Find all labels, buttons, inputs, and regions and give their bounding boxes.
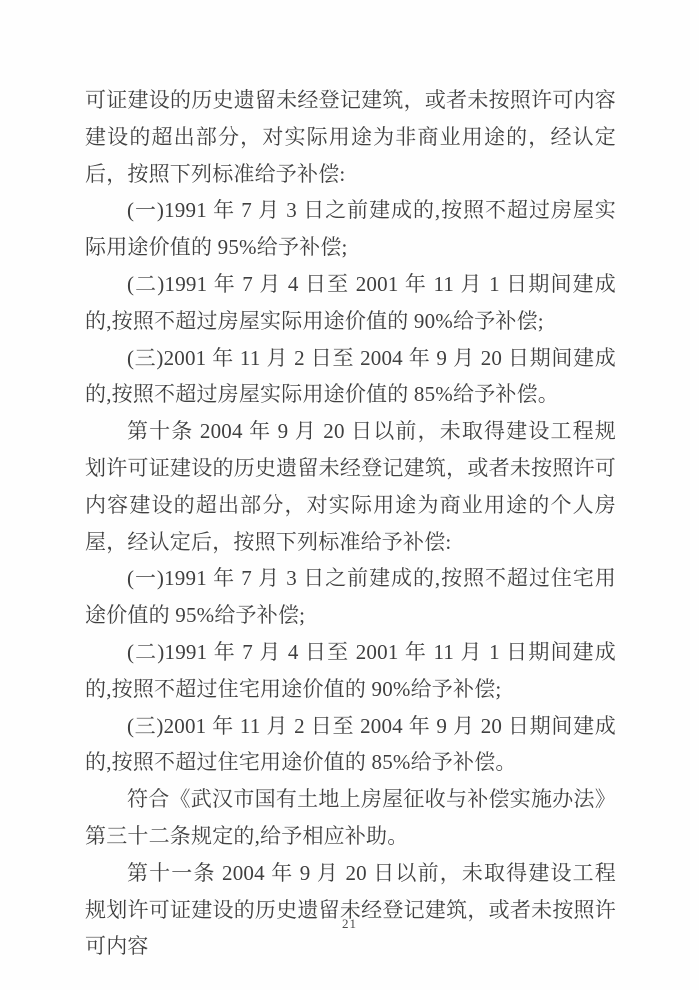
item-three-non-commercial: (三)2001 年 11 月 2 日至 2004 年 9 月 20 日期间建成的… [85, 340, 616, 414]
item-two-commercial: (二)1991 年 7 月 4 日至 2001 年 11 月 1 日期间建成的,… [85, 634, 616, 708]
subsidy-paragraph: 符合《武汉市国有土地上房屋征收与补偿实施办法》第三十二条规定的,给予相应补助。 [85, 781, 616, 855]
document-body: 可证建设的历史遗留未经登记建筑，或者未按照许可内容建设的超出部分，对实际用途为非… [85, 82, 616, 965]
paragraph-continuation-non-commercial: 可证建设的历史遗留未经登记建筑，或者未按照许可内容建设的超出部分，对实际用途为非… [85, 82, 616, 192]
document-page: 可证建设的历史遗留未经登记建筑，或者未按照许可内容建设的超出部分，对实际用途为非… [0, 0, 699, 990]
item-one-non-commercial: (一)1991 年 7 月 3 日之前建成的,按照不超过房屋实际用途价值的 95… [85, 192, 616, 266]
article-11-paragraph: 第十一条 2004 年 9 月 20 日以前，未取得建设工程规划许可证建设的历史… [85, 855, 616, 965]
item-one-commercial: (一)1991 年 7 月 3 日之前建成的,按照不超过住宅用途价值的 95%给… [85, 560, 616, 634]
item-two-non-commercial: (二)1991 年 7 月 4 日至 2001 年 11 月 1 日期间建成的,… [85, 266, 616, 340]
article-10-paragraph: 第十条 2004 年 9 月 20 日以前，未取得建设工程规划许可证建设的历史遗… [85, 413, 616, 560]
page-number: 21 [0, 916, 699, 932]
item-three-commercial: (三)2001 年 11 月 2 日至 2004 年 9 月 20 日期间建成的… [85, 708, 616, 782]
